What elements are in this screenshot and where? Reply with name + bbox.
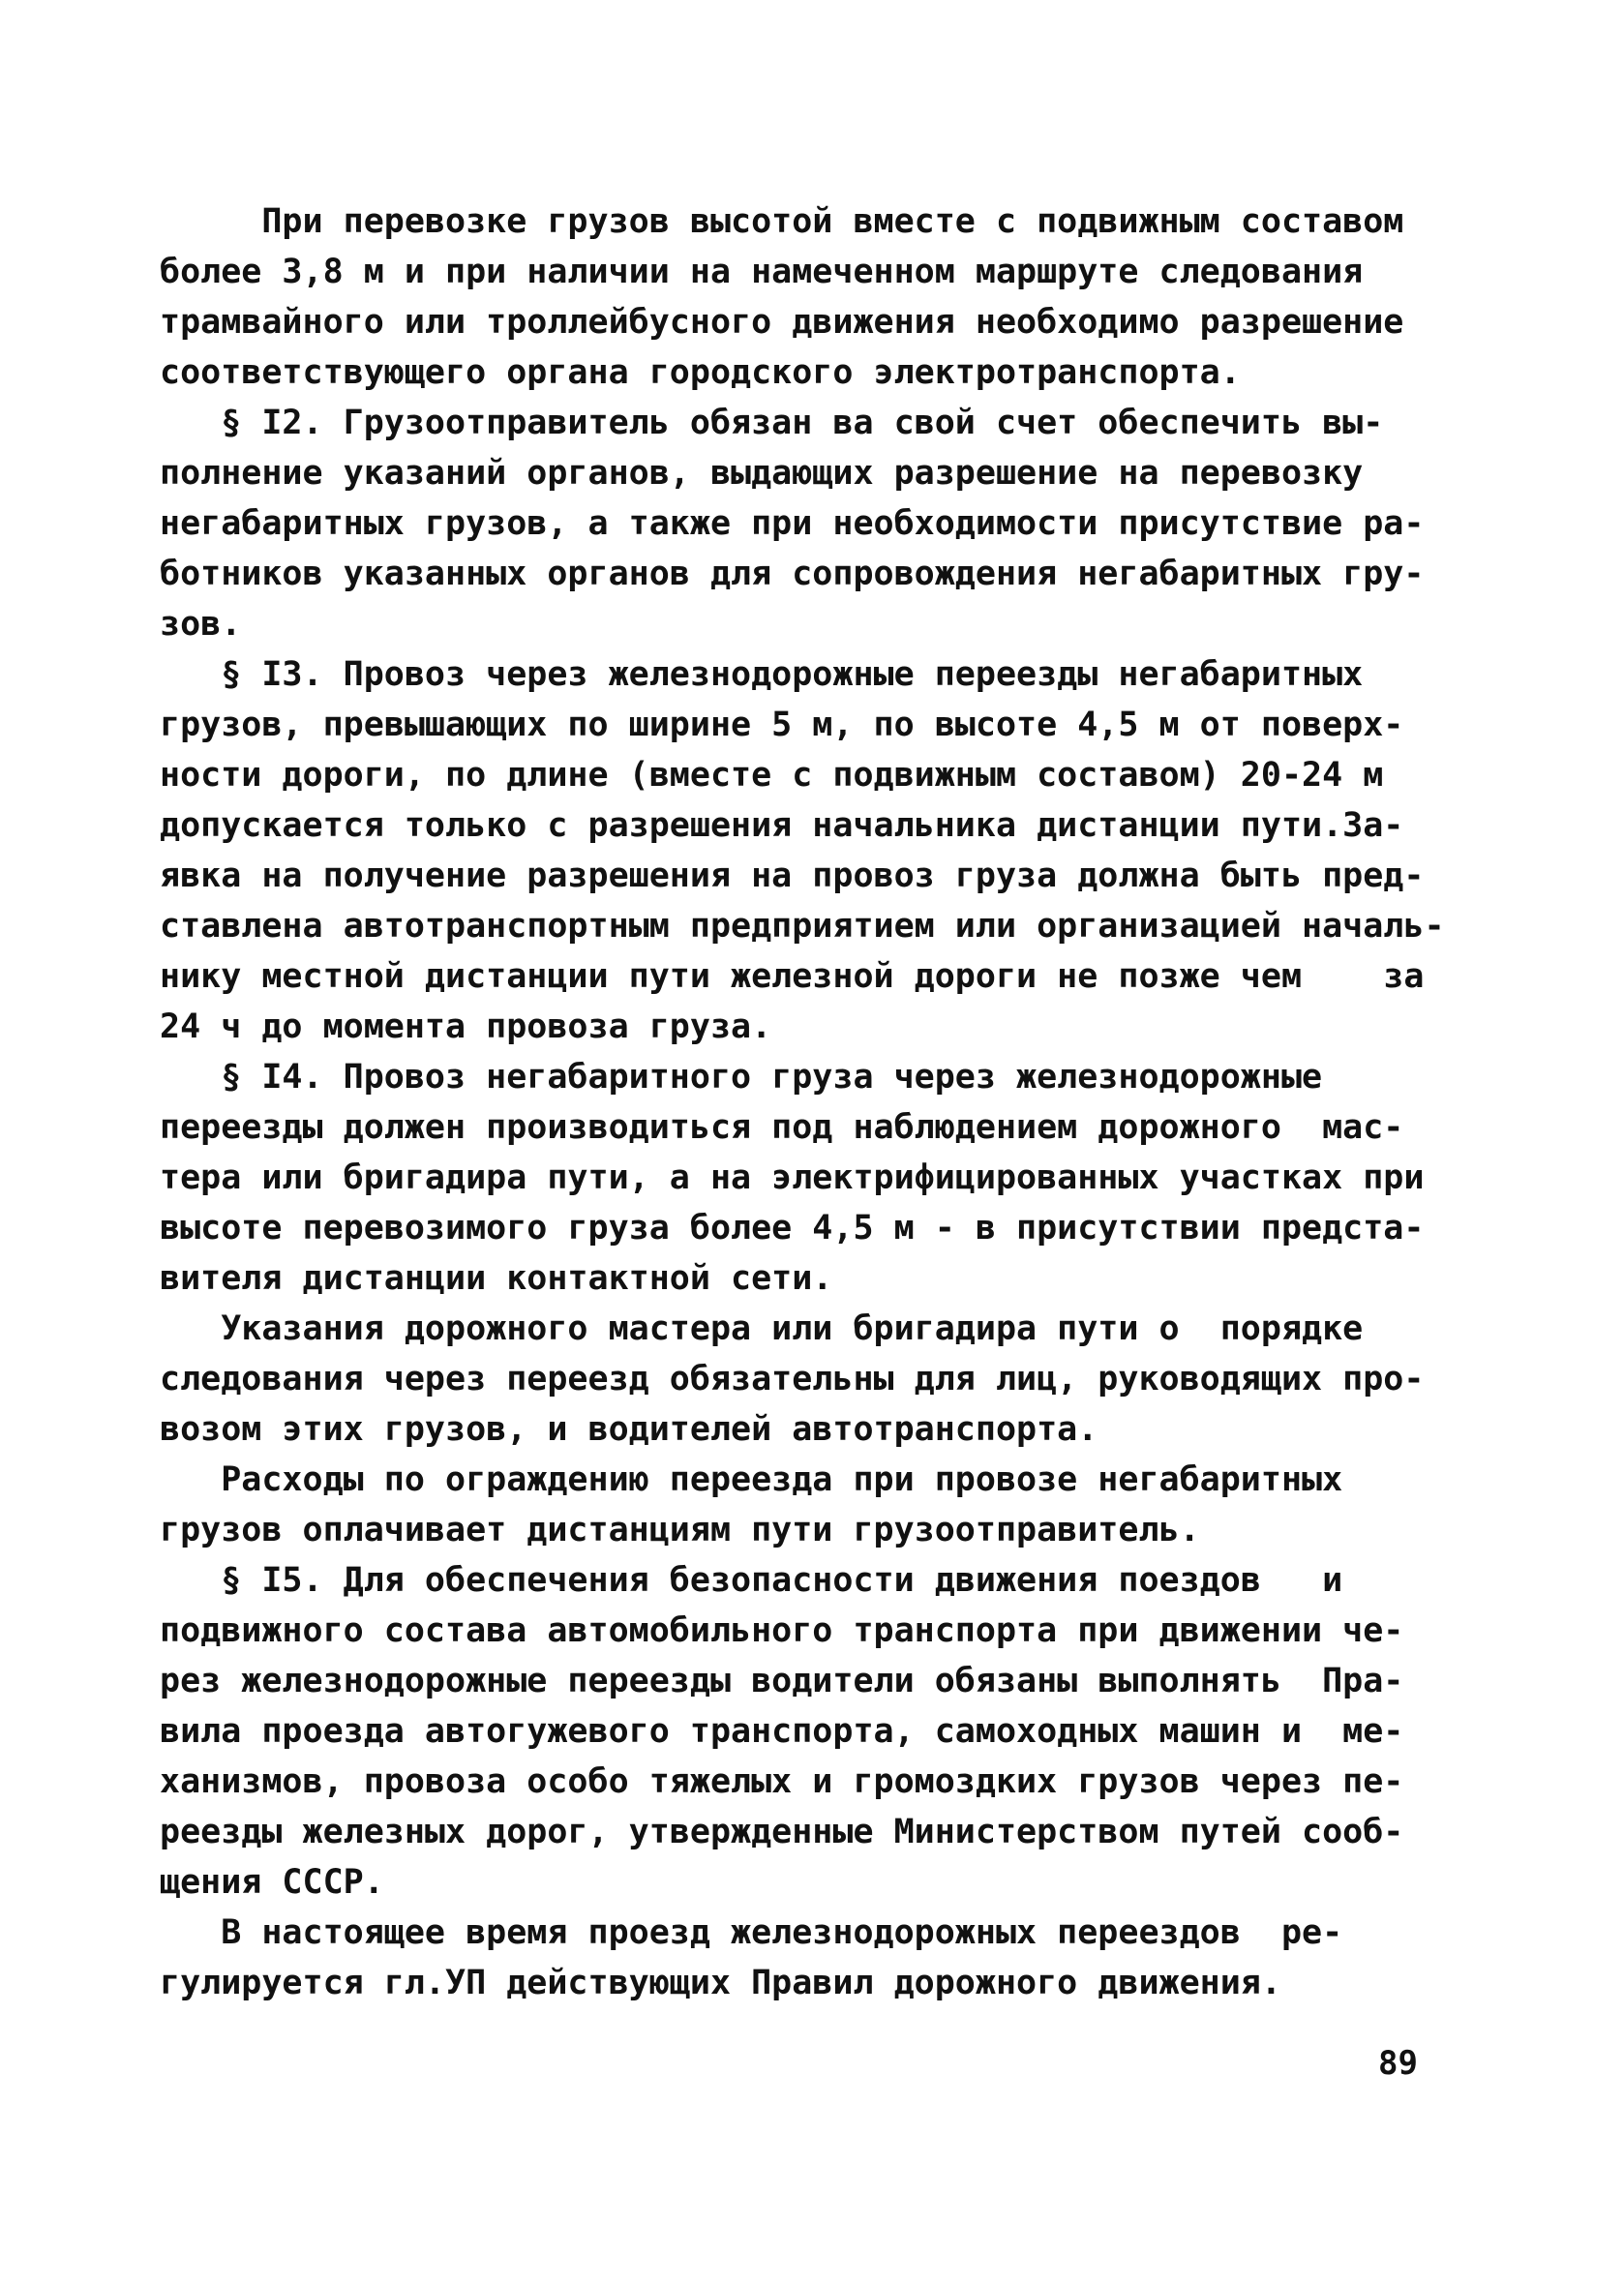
text-block: При перевозке грузов высотой вместе с по…	[160, 196, 1461, 2008]
text-line: ханизмов, провоза особо тяжелых и громоз…	[160, 1757, 1461, 1807]
paragraph: § I5. Для обеспечения безопасности движе…	[160, 1555, 1461, 1908]
text-line: допускается только с разрешения начальни…	[160, 800, 1461, 851]
document-page: При перевозке грузов высотой вместе с по…	[0, 0, 1624, 2285]
text-line: нику местной дистанции пути железной дор…	[160, 951, 1461, 1002]
text-line: § I4. Провоз негабаритного груза через ж…	[160, 1052, 1461, 1102]
text-line: явка на получение разрешения на провоз г…	[160, 851, 1461, 901]
text-line: щения СССР.	[160, 1857, 1461, 1908]
text-line: переезды должен производиться под наблюд…	[160, 1102, 1461, 1153]
text-line: ставлена автотранспортным предприятием и…	[160, 901, 1461, 951]
text-line: § I3. Провоз через железнодорожные перее…	[160, 649, 1461, 700]
text-line: высоте перевозимого груза более 4,5 м - …	[160, 1203, 1461, 1253]
text-line: При перевозке грузов высотой вместе с по…	[160, 196, 1461, 247]
text-line: гулируется гл.УП действующих Правил доро…	[160, 1958, 1461, 2008]
text-line: ботников указанных органов для сопровожд…	[160, 549, 1461, 599]
text-line: полнение указаний органов, выдающих разр…	[160, 448, 1461, 498]
paragraph: В настоящее время проезд железнодорожных…	[160, 1908, 1461, 2008]
text-line: соответствующего органа городского элект…	[160, 347, 1461, 398]
text-line: возом этих грузов, и водителей автотранс…	[160, 1404, 1461, 1455]
text-line: рез железнодорожные переезды водители об…	[160, 1656, 1461, 1706]
paragraph: При перевозке грузов высотой вместе с по…	[160, 196, 1461, 398]
paragraph: Указания дорожного мастера или бригадира…	[160, 1304, 1461, 1455]
paragraph: § I3. Провоз через железнодорожные перее…	[160, 649, 1461, 1052]
text-line: 24 ч до момента провоза груза.	[160, 1002, 1461, 1052]
text-line: § I5. Для обеспечения безопасности движе…	[160, 1555, 1461, 1606]
text-line: подвижного состава автомобильного трансп…	[160, 1606, 1461, 1656]
text-line: грузов оплачивает дистанциям пути грузоо…	[160, 1505, 1461, 1555]
paragraph: § I4. Провоз негабаритного груза через ж…	[160, 1052, 1461, 1304]
text-line: более 3,8 м и при наличии на намеченном …	[160, 247, 1461, 297]
page-number: 89	[1378, 2044, 1418, 2083]
text-line: негабаритных грузов, а также при необход…	[160, 498, 1461, 549]
text-line: тера или бригадира пути, а на электрифиц…	[160, 1153, 1461, 1203]
text-line: реезды железных дорог, утвержденные Мини…	[160, 1807, 1461, 1857]
text-line: грузов, превышающих по ширине 5 м, по вы…	[160, 700, 1461, 750]
paragraph: § I2. Грузоотправитель обязан ва свой сч…	[160, 398, 1461, 649]
text-line: Указания дорожного мастера или бригадира…	[160, 1304, 1461, 1354]
text-line: зов.	[160, 599, 1461, 649]
text-line: трамвайного или троллейбусного движения …	[160, 297, 1461, 347]
text-line: Расходы по ограждению переезда при прово…	[160, 1455, 1461, 1505]
paragraph: Расходы по ограждению переезда при прово…	[160, 1455, 1461, 1555]
text-line: вителя дистанции контактной сети.	[160, 1253, 1461, 1304]
text-line: вила проезда автогужевого транспорта, са…	[160, 1706, 1461, 1757]
text-line: ности дороги, по длине (вместе с подвижн…	[160, 750, 1461, 800]
text-line: следования через переезд обязательны для…	[160, 1354, 1461, 1404]
text-line: § I2. Грузоотправитель обязан ва свой сч…	[160, 398, 1461, 448]
text-line: В настоящее время проезд железнодорожных…	[160, 1908, 1461, 1958]
